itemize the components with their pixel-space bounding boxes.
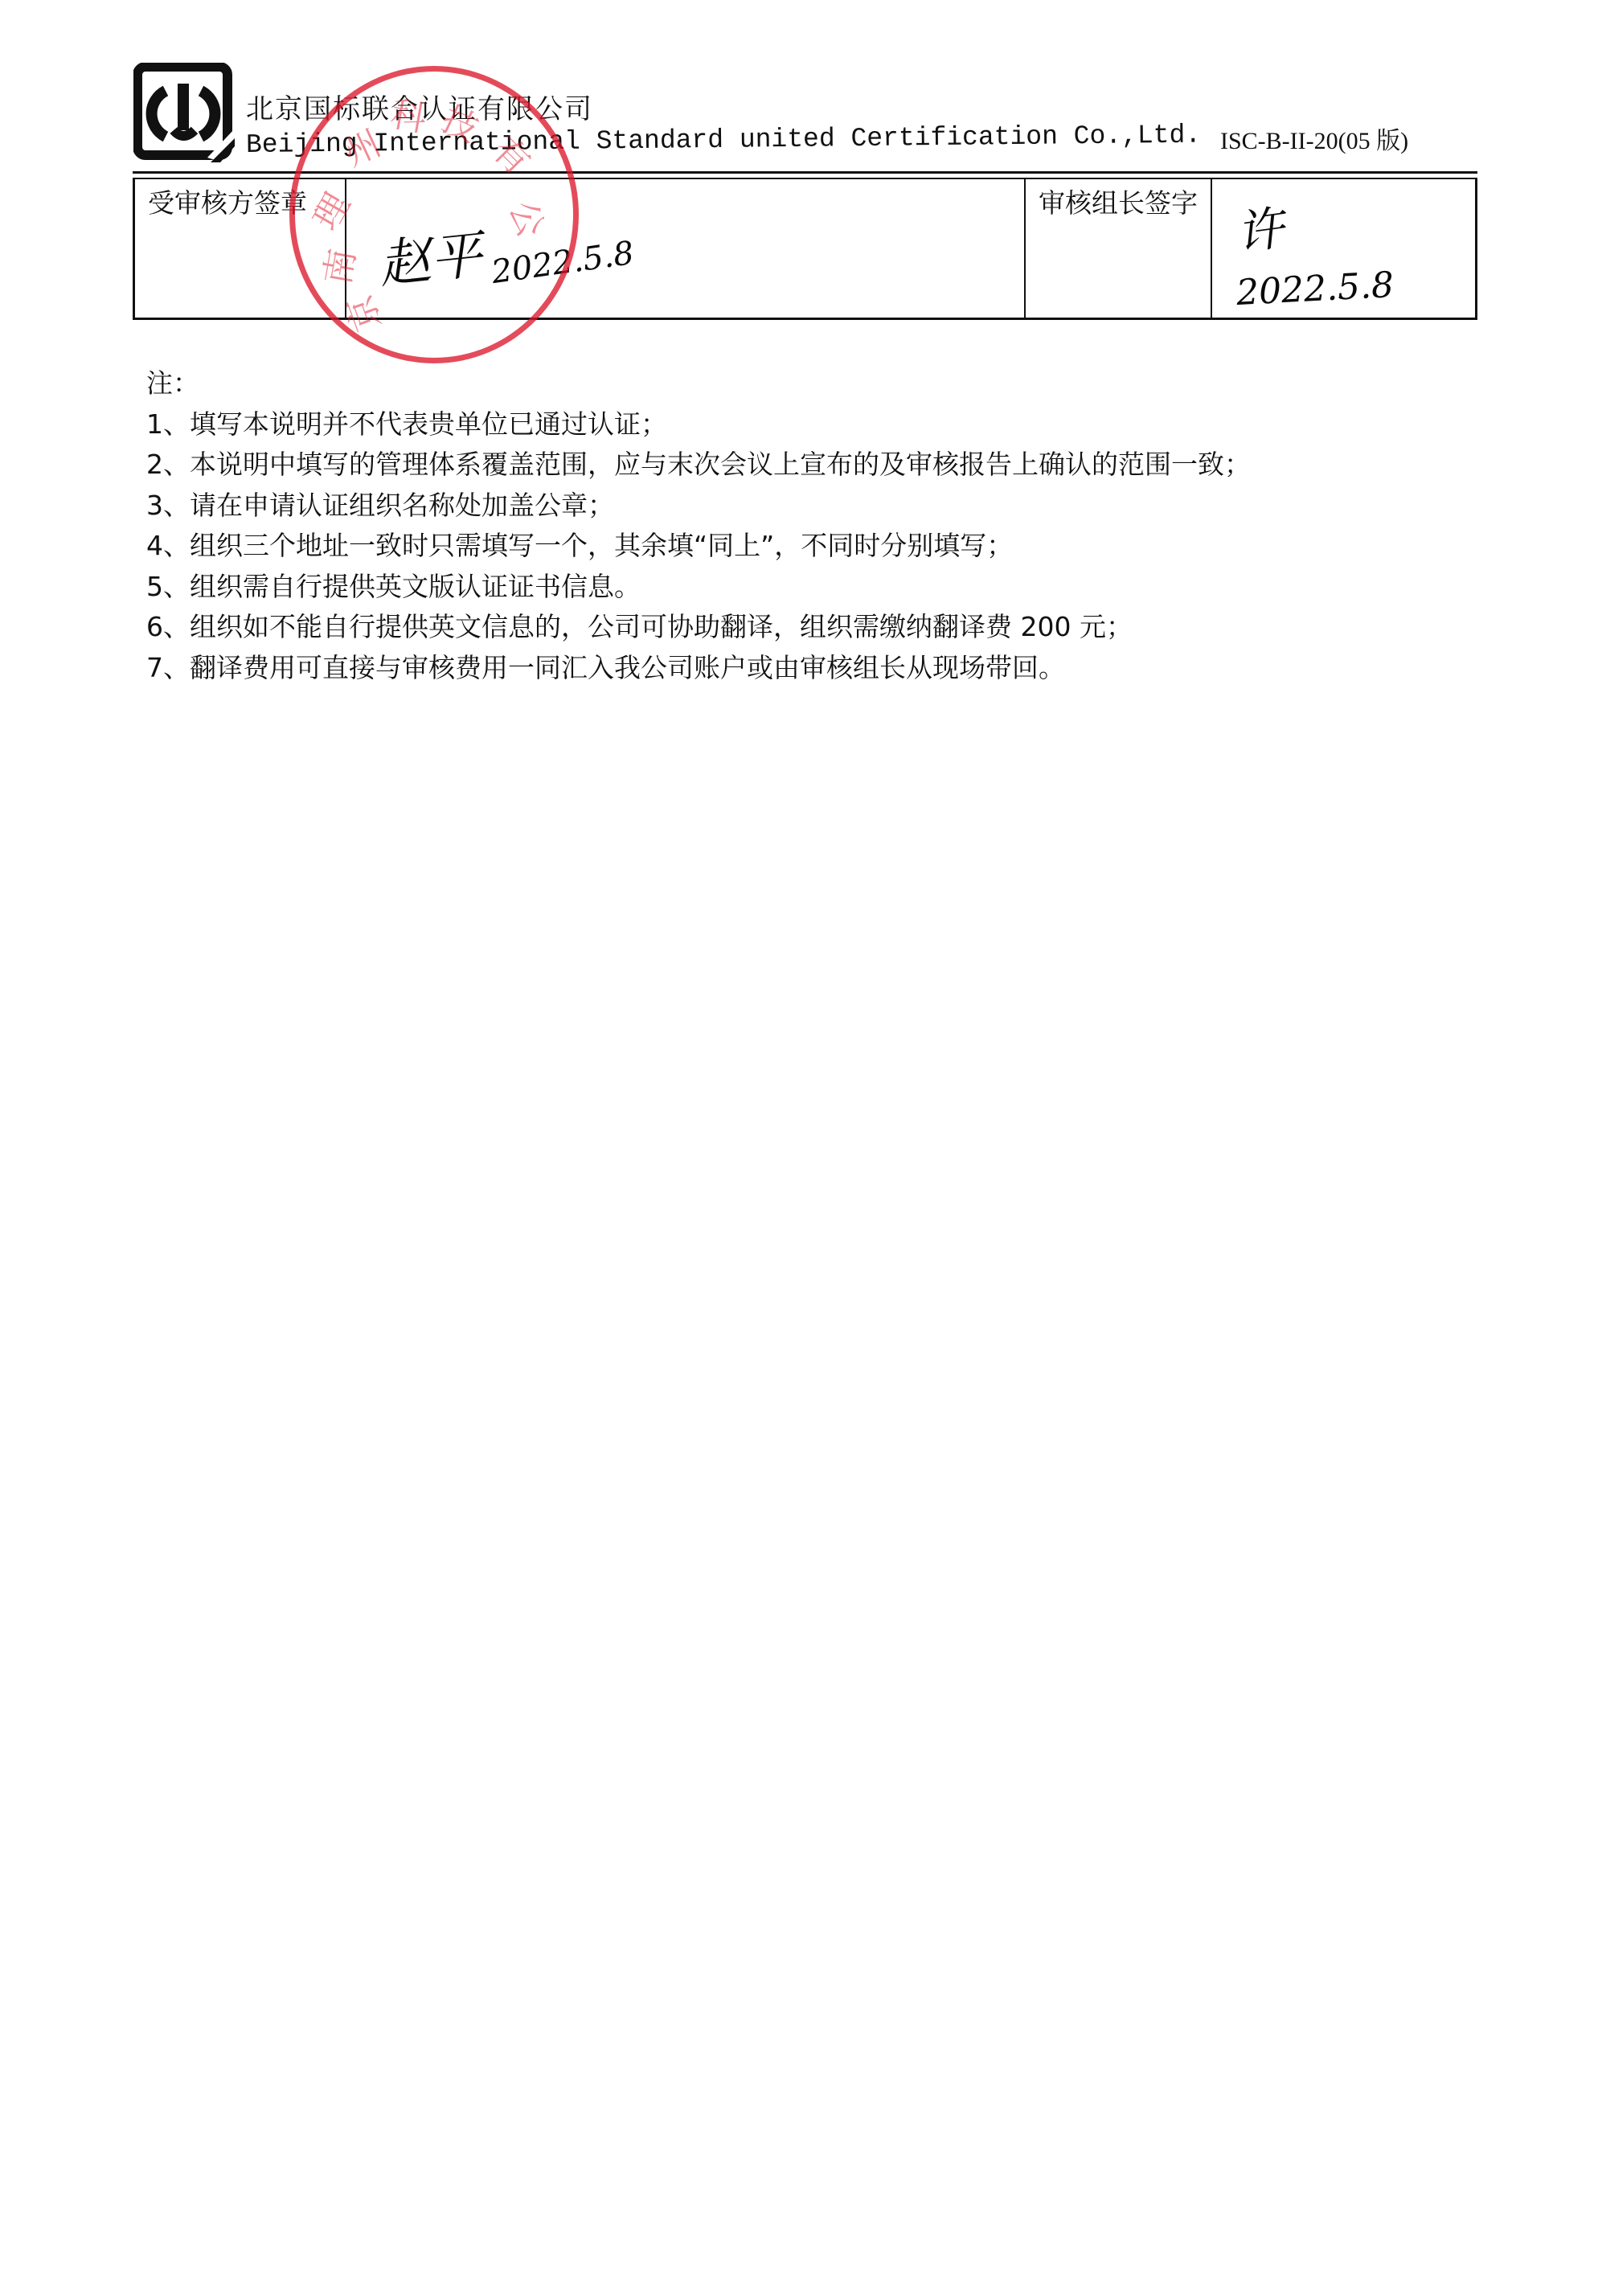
note-item: 7、翻译费用可直接与审核费用一同汇入我公司账户或由审核组长从现场带回。 (146, 648, 1251, 689)
document-code: ISC-B-II-20(05 版) (1220, 121, 1408, 156)
signature-table: 受审核方签章 赵平 2022.5.8 审核组长签字 许 2022.5.8 (133, 178, 1477, 320)
audit-leader-signature: 许 (1231, 190, 1287, 263)
note-item: 4、组织三个地址一致时只需填写一个，其余填“同上”，不同时分别填写； (146, 526, 1251, 567)
auditee-label-cell: 受审核方签章 (135, 178, 346, 318)
note-item: 5、组织需自行提供英文版认证证书信息。 (146, 567, 1251, 608)
notes-title: 注： (146, 363, 1251, 404)
note-item: 3、请在申请认证组织名称处加盖公章； (146, 486, 1251, 527)
leader-signature-cell: 许 2022.5.8 (1212, 178, 1475, 318)
auditee-signature-label: 受审核方签章 (135, 178, 345, 222)
company-name-cn: 北京国标联合认证有限公司 (246, 87, 593, 126)
audit-leader-signature-label: 审核组长签字 (1026, 178, 1199, 222)
note-item: 1、填写本说明并不代表贵单位已通过认证； (146, 404, 1251, 445)
audit-leader-signature-date: 2022.5.8 (1235, 264, 1395, 314)
auditee-signature-cell: 赵平 2022.5.8 (346, 178, 1026, 318)
leader-label-cell: 审核组长签字 (1026, 178, 1212, 318)
note-item: 2、本说明中填写的管理体系覆盖范围，应与末次会议上宣布的及审核报告上确认的范围一… (146, 445, 1251, 486)
note-item: 6、组织如不能自行提供英文信息的，公司可协助翻译，组织需缴纳翻译费 200 元； (146, 607, 1251, 648)
isc-logo-icon (133, 63, 235, 162)
header-divider (133, 171, 1477, 174)
auditee-signature: 赵平 (375, 214, 486, 298)
notes-section: 注： 1、填写本说明并不代表贵单位已通过认证； 2、本说明中填写的管理体系覆盖范… (146, 363, 1251, 688)
document-page: 北京国标联合认证有限公司 Beijing International Stand… (0, 0, 1598, 2296)
auditee-signature-date: 2022.5.8 (490, 235, 637, 291)
